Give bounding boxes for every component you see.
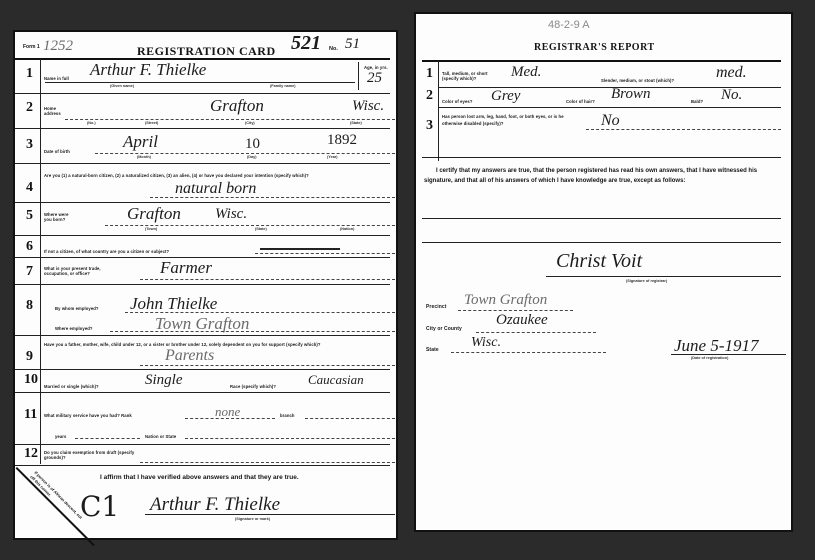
registrars-report-card: 48-2-9 A REGISTRAR'S REPORT 1 Tall, medi… — [414, 12, 793, 532]
row-number: 2 — [426, 88, 433, 104]
field-label: Color of hair? — [566, 99, 595, 104]
birth-year-value: 1892 — [327, 132, 357, 149]
field-caption: (Street) — [145, 121, 158, 125]
row-divider — [15, 369, 390, 370]
state-value: Wisc. — [471, 335, 501, 351]
field-line — [150, 197, 395, 198]
field-caption: (State) — [350, 121, 362, 125]
number-column-rule — [40, 59, 41, 464]
state-label: State — [426, 347, 439, 353]
field-line — [260, 248, 340, 250]
date-line — [671, 354, 786, 355]
form-label: Form 1 — [23, 44, 40, 50]
occupation-value: Farmer — [160, 258, 212, 278]
field-label: Slender, medium, or stout (which)? — [601, 78, 674, 83]
signature-caption: (Signature or mark) — [235, 517, 270, 521]
field-line — [45, 82, 355, 83]
row-number: 6 — [26, 239, 33, 255]
field-line — [95, 153, 395, 154]
field-line — [75, 438, 140, 439]
home-city-value: Grafton — [210, 96, 264, 116]
row-number: 4 — [26, 180, 33, 196]
field-label: Married or single (which)? — [44, 384, 99, 389]
field-caption: (Family name) — [270, 84, 296, 88]
field-line — [476, 332, 596, 333]
precinct-label: Precinct — [426, 304, 447, 310]
row-number: 5 — [26, 208, 33, 224]
field-line — [105, 225, 395, 226]
field-line — [458, 310, 573, 311]
bald-value: No. — [721, 87, 742, 104]
registrar-signature: Christ Voit — [556, 250, 642, 273]
row-number: 3 — [426, 118, 433, 134]
field-caption: (City) — [245, 121, 255, 125]
form-number: 1252 — [43, 38, 73, 55]
row-number: 12 — [24, 446, 38, 462]
field-label: Color of eyes? — [442, 99, 473, 104]
number-column-rule — [438, 61, 439, 161]
field-caption: (Given name) — [110, 84, 134, 88]
field-label: Date of birth — [44, 149, 70, 154]
corner-instruction: If person is of African descent, cut off… — [29, 470, 87, 528]
field-label: What is your present trade, occupation, … — [44, 266, 104, 276]
home-state-value: Wisc. — [352, 98, 384, 115]
eye-color-value: Grey — [491, 88, 520, 105]
row-number: 7 — [26, 264, 33, 280]
field-caption: (Month) — [137, 155, 151, 159]
field-label: Has person lost arm, leg, hand, foot, or… — [442, 113, 582, 127]
exceptions-line — [422, 242, 781, 243]
no-value: 51 — [345, 36, 360, 53]
row-divider — [422, 157, 781, 158]
registrant-signature: Arthur F. Thielke — [150, 494, 280, 516]
row-divider — [15, 93, 390, 94]
row-number: 10 — [24, 372, 38, 388]
birth-month-value: April — [123, 132, 158, 152]
build-value: med. — [716, 64, 747, 82]
field-label: Do you claim exemption from draft (speci… — [44, 450, 139, 460]
row-divider — [439, 107, 781, 108]
field-caption: (State) — [255, 227, 267, 231]
row-number: 8 — [26, 298, 33, 314]
row-divider — [15, 163, 390, 164]
field-caption: (Year) — [327, 155, 338, 159]
citizenship-value: natural born — [175, 180, 256, 198]
race-value: Caucasian — [308, 372, 364, 388]
field-line — [586, 129, 781, 130]
divider — [422, 60, 781, 62]
field-line — [185, 418, 275, 419]
field-label: What military service have you had? Rank — [44, 413, 132, 418]
field-label: Have you a father, mother, wife, child u… — [44, 338, 394, 351]
age-divider — [358, 62, 359, 90]
field-label: By whom employed? — [55, 306, 99, 311]
affirm-statement: I affirm that I have verified above answ… — [100, 474, 299, 481]
employer-value: John Thielke — [130, 294, 217, 314]
name-value: Arthur F. Thielke — [90, 60, 206, 80]
row-divider — [15, 465, 390, 466]
row-divider — [15, 444, 390, 445]
row-number: 9 — [26, 349, 33, 365]
certify-statement: I certify that my answers are true, that… — [424, 166, 779, 186]
field-label: Nation or State — [145, 434, 176, 439]
field-label: Home address — [44, 106, 62, 116]
hair-color-value: Brown — [611, 86, 650, 103]
field-label: Name in full — [44, 76, 69, 81]
field-label: Tall, medium, or short (specify which)? — [442, 71, 504, 81]
field-line — [185, 438, 395, 439]
row-divider — [15, 392, 390, 393]
registration-card: Form 1 1252 REGISTRATION CARD 521 No. 51… — [13, 30, 398, 540]
field-line — [140, 365, 395, 366]
field-label: branch — [280, 413, 295, 418]
row-number: 2 — [26, 100, 33, 116]
row-divider — [15, 284, 390, 285]
field-label: Where employed? — [55, 326, 93, 331]
serial-number: 521 — [291, 32, 321, 55]
field-line — [140, 279, 395, 280]
field-line — [305, 418, 395, 419]
dependents-value: Parents — [165, 347, 214, 365]
signature-line — [546, 276, 781, 277]
signature-caption: (Signature of registrar) — [626, 279, 667, 283]
date-caption: (Date of registration) — [691, 356, 728, 360]
precinct-value: Town Grafton — [464, 292, 547, 309]
field-label: Race (specify which)? — [230, 384, 276, 389]
row-divider — [15, 235, 390, 236]
marital-status-value: Single — [145, 372, 183, 389]
field-line — [451, 352, 606, 353]
signature-line — [145, 514, 395, 515]
field-line — [125, 312, 395, 313]
field-caption: (Day) — [247, 155, 257, 159]
field-caption: (No.) — [87, 121, 96, 125]
county-value: Ozaukee — [496, 312, 548, 329]
city-label: City or County — [426, 326, 462, 332]
form-code: 48-2-9 A — [548, 19, 590, 31]
birthplace-town-value: Grafton — [127, 204, 181, 224]
field-label: Where were you born? — [44, 212, 76, 222]
row-number: 3 — [26, 137, 33, 153]
age-value: 25 — [367, 70, 382, 87]
row-divider — [15, 128, 390, 129]
height-value: Med. — [511, 64, 541, 81]
birthplace-state-value: Wisc. — [215, 206, 247, 223]
field-line — [110, 331, 395, 332]
field-caption: (Town) — [145, 227, 157, 231]
row-number: 1 — [26, 66, 33, 82]
field-label: Bald? — [691, 99, 703, 104]
row-number: 11 — [24, 407, 37, 423]
field-caption: (Nation) — [340, 227, 354, 231]
no-label: No. — [329, 46, 338, 52]
report-title: REGISTRAR'S REPORT — [534, 42, 655, 53]
field-label: years — [55, 434, 66, 439]
disability-value: No — [601, 112, 620, 130]
registration-date-value: June 5-1917 — [674, 336, 759, 356]
field-line — [140, 462, 395, 463]
field-line — [255, 253, 395, 254]
row-divider — [15, 202, 390, 203]
field-line — [65, 119, 395, 120]
birth-day-value: 10 — [245, 136, 260, 153]
card-title: REGISTRATION CARD — [137, 44, 276, 59]
row-number: 1 — [426, 66, 433, 82]
exceptions-line — [422, 218, 781, 219]
row-divider — [15, 335, 390, 336]
field-label: If not a citizen, of what country are yo… — [44, 249, 169, 254]
